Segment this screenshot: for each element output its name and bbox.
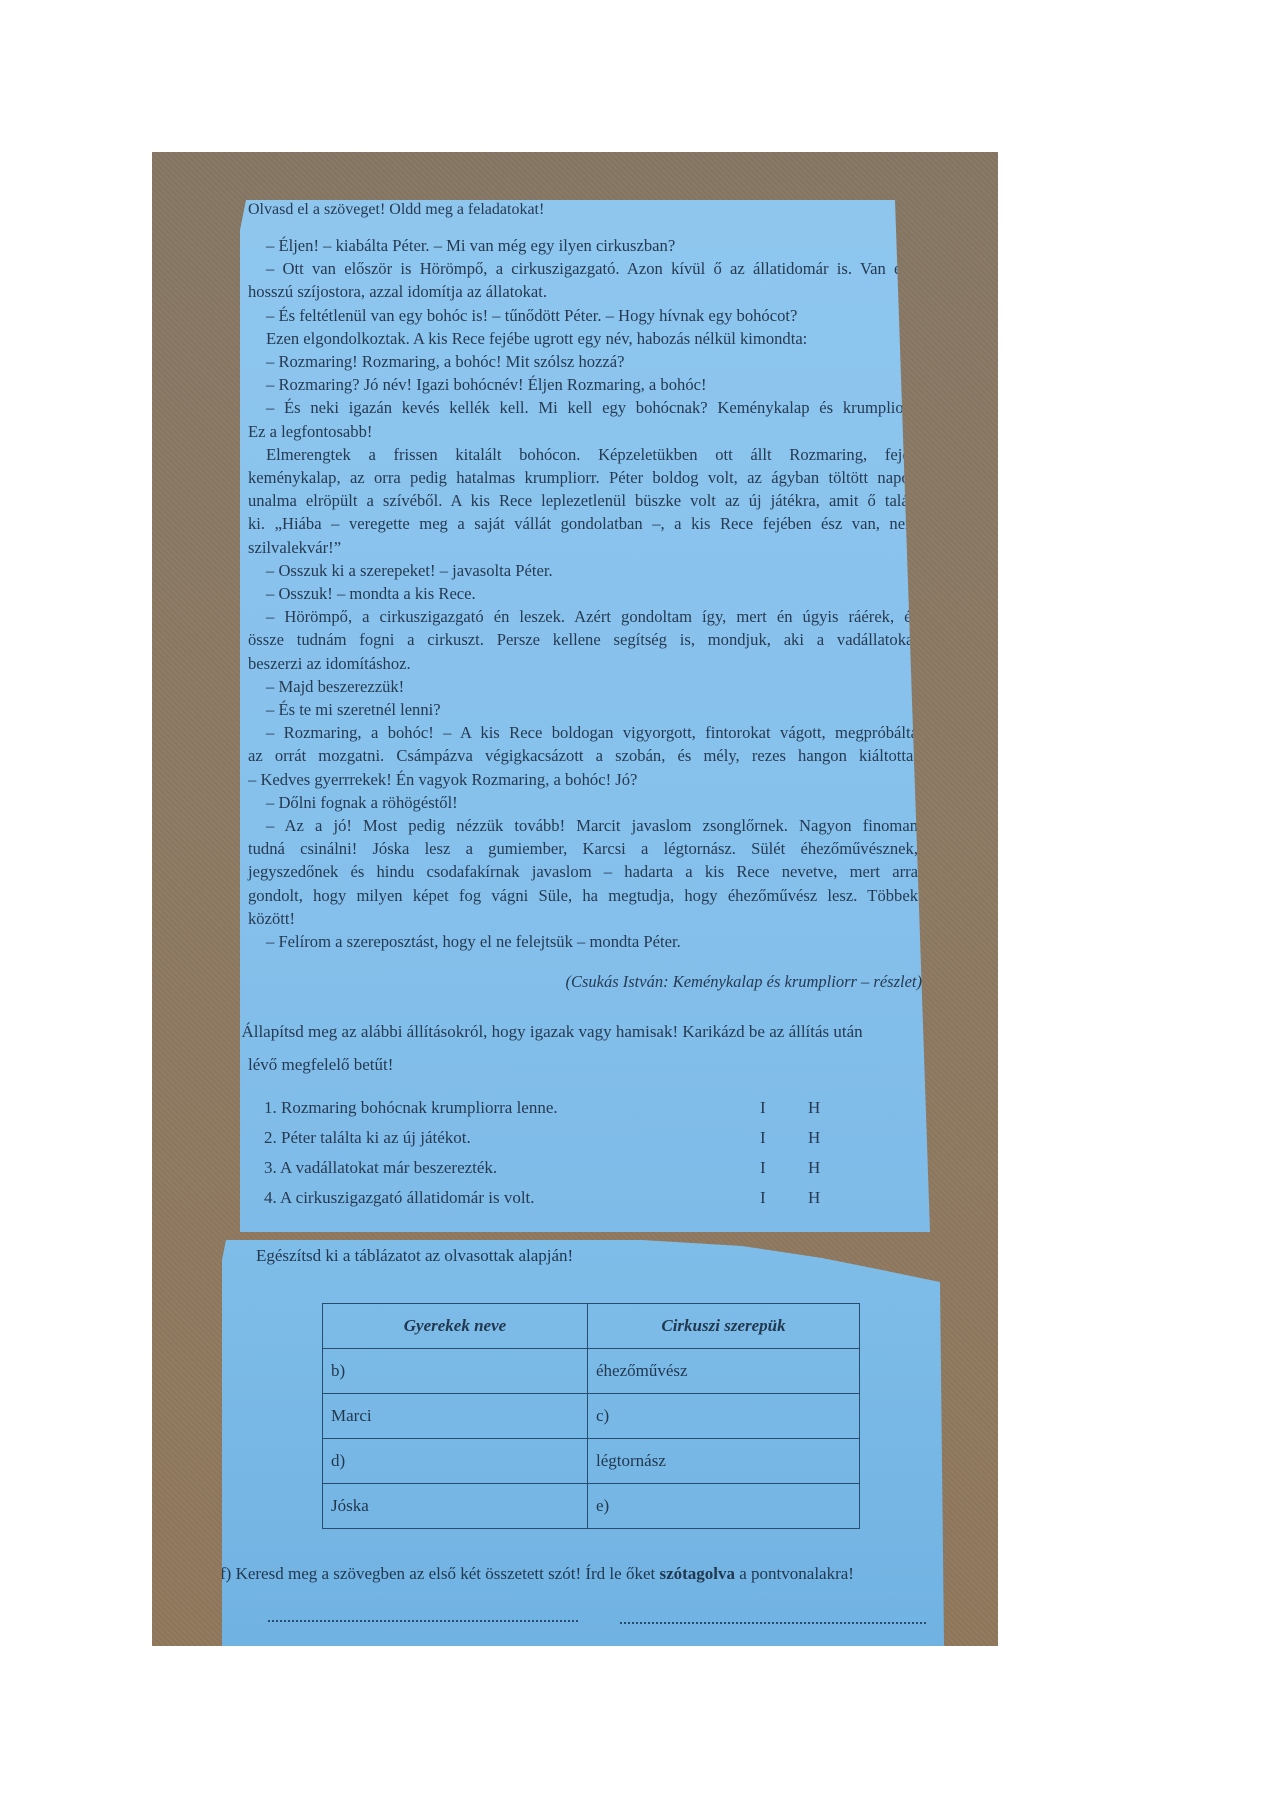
- statement-row: 1. Rozmaring bohócnak krumpliorra lenne.…: [264, 1098, 824, 1124]
- passage-line: unalma elröpült a szívéből. A kis Rece l…: [248, 491, 918, 515]
- passage-line: – Osszuk ki a szerepeket! – javasolta Pé…: [248, 561, 918, 585]
- cell-child-name: Marci: [323, 1394, 588, 1439]
- cell-circus-role: e): [588, 1484, 860, 1529]
- passage-line: beszerzi az idomításhoz.: [248, 654, 918, 678]
- option-false[interactable]: H: [808, 1098, 820, 1118]
- passage-line: Ezen elgondolkoztak. A kis Rece fejébe u…: [248, 329, 918, 353]
- passage-line: szilvalekvár!”: [248, 538, 918, 562]
- cell-circus-role: légtornász: [588, 1439, 860, 1484]
- option-true[interactable]: I: [760, 1128, 766, 1148]
- passage-line: az orrát mozgatni. Csámpázva végigkacsáz…: [248, 746, 918, 770]
- passage-line: tudná csinálni! Jóska lesz a gumiember, …: [248, 839, 918, 863]
- worksheet-tasks: Egészítsd ki a táblázatot az olvasottak …: [222, 1240, 944, 1646]
- passage-line: – Rozmaring, a bohóc! – A kis Rece boldo…: [248, 723, 918, 747]
- statement-text: 2. Péter találta ki az új játékot.: [264, 1128, 471, 1148]
- source-citation: (Csukás István: Keménykalap és krumplior…: [565, 970, 922, 994]
- option-true[interactable]: I: [760, 1188, 766, 1208]
- passage-line: – És feltétlenül van egy bohóc is! – tűn…: [248, 306, 918, 330]
- instruction-heading: Olvasd el a szöveget! Oldd meg a feladat…: [248, 198, 544, 222]
- passage-line: keménykalap, az orra pedig hatalmas krum…: [248, 468, 918, 492]
- passage-line: – Éljen! – kiabálta Péter. – Mi van még …: [248, 236, 918, 260]
- roles-table: Gyerekek neve Cirkuszi szerepük b)éhezőm…: [322, 1303, 860, 1529]
- task-f-text-end: a pontvonalakra!: [735, 1564, 854, 1583]
- table-row: d)légtornász: [323, 1439, 860, 1484]
- cell-circus-role: éhezőművész: [588, 1349, 860, 1394]
- task-f-instruction: f) Keresd meg a szövegben az első két ös…: [220, 1562, 854, 1586]
- header-circus-roles: Cirkuszi szerepük: [588, 1304, 860, 1349]
- statement-row: 4. A cirkuszigazgató állatidomár is volt…: [264, 1188, 824, 1214]
- cell-child-name: b): [323, 1349, 588, 1394]
- passage-line: között!: [248, 909, 918, 933]
- task-f-text: f) Keresd meg a szövegben az első két ös…: [220, 1564, 659, 1583]
- statement-text: 4. A cirkuszigazgató állatidomár is volt…: [264, 1188, 535, 1208]
- passage-line: gondolt, hogy milyen képet fog vágni Sül…: [248, 886, 918, 910]
- passage-line: – Az a jó! Most pedig nézzük tovább! Mar…: [248, 816, 918, 840]
- option-false[interactable]: H: [808, 1158, 820, 1178]
- table-row: Marcic): [323, 1394, 860, 1439]
- passage-line: – Rozmaring? Jó név! Igazi bohócnév! Élj…: [248, 375, 918, 399]
- passage-line: hosszú szíjostora, azzal idomítja az áll…: [248, 282, 918, 306]
- statement-text: 1. Rozmaring bohócnak krumpliorra lenne.: [264, 1098, 558, 1118]
- option-true[interactable]: I: [760, 1098, 766, 1118]
- table-instruction: Egészítsd ki a táblázatot az olvasottak …: [256, 1244, 573, 1268]
- answer-dotted-line-2[interactable]: [620, 1622, 926, 1624]
- cell-child-name: d): [323, 1439, 588, 1484]
- answer-dotted-line-1[interactable]: [268, 1620, 578, 1622]
- table-header-row: Gyerekek neve Cirkuszi szerepük: [323, 1304, 860, 1349]
- passage-line: ki. „Hiába – veregette meg a saját vállá…: [248, 514, 918, 538]
- passage-line: – És neki igazán kevés kellék kell. Mi k…: [248, 398, 918, 422]
- passage-line: – Kedves gyerrrekek! Én vagyok Rozmaring…: [248, 770, 918, 794]
- worksheet-reading-passage: Olvasd el a szöveget! Oldd meg a feladat…: [240, 200, 930, 1232]
- header-children-names: Gyerekek neve: [323, 1304, 588, 1349]
- passage-line: – Majd beszerezzük!: [248, 677, 918, 701]
- option-false[interactable]: H: [808, 1128, 820, 1148]
- task-a-instruction-line1: a) Állapítsd meg az alábbi állításokról,…: [224, 1020, 863, 1044]
- passage-line: Ez a legfontosabb!: [248, 422, 918, 446]
- table-row: Jóskae): [323, 1484, 860, 1529]
- passage-line: – Hörömpő, a cirkuszigazgató én leszek. …: [248, 607, 918, 631]
- passage-line: – Dőlni fognak a röhögéstől!: [248, 793, 918, 817]
- option-true[interactable]: I: [760, 1158, 766, 1178]
- option-false[interactable]: H: [808, 1188, 820, 1208]
- task-a-instruction-line2: lévő megfelelő betűt!: [248, 1053, 393, 1077]
- passage-line: – Osszuk! – mondta a kis Rece.: [248, 584, 918, 608]
- cell-child-name: Jóska: [323, 1484, 588, 1529]
- statement-row: 2. Péter találta ki az új játékot.IH: [264, 1128, 824, 1154]
- task-f-bold-word: szótagolva: [659, 1564, 735, 1583]
- table-row: b)éhezőművész: [323, 1349, 860, 1394]
- passage-line: Elmerengtek a frissen kitalált bohócon. …: [248, 445, 918, 469]
- passage-line: – Rozmaring! Rozmaring, a bohóc! Mit szó…: [248, 352, 918, 376]
- passage-line: össze tudnám fogni a cirkuszt. Persze ke…: [248, 630, 918, 654]
- statement-text: 3. A vadállatokat már beszerezték.: [264, 1158, 497, 1178]
- passage-line: – És te mi szeretnél lenni?: [248, 700, 918, 724]
- statement-row: 3. A vadállatokat már beszerezték.IH: [264, 1158, 824, 1184]
- passage-line: jegyszedőnek és hindu csodafakírnak java…: [248, 862, 918, 886]
- passage-line: – Ott van először is Hörömpő, a cirkuszi…: [248, 259, 918, 283]
- passage-line: – Felírom a szereposztást, hogy el ne fe…: [248, 932, 918, 956]
- cell-circus-role: c): [588, 1394, 860, 1439]
